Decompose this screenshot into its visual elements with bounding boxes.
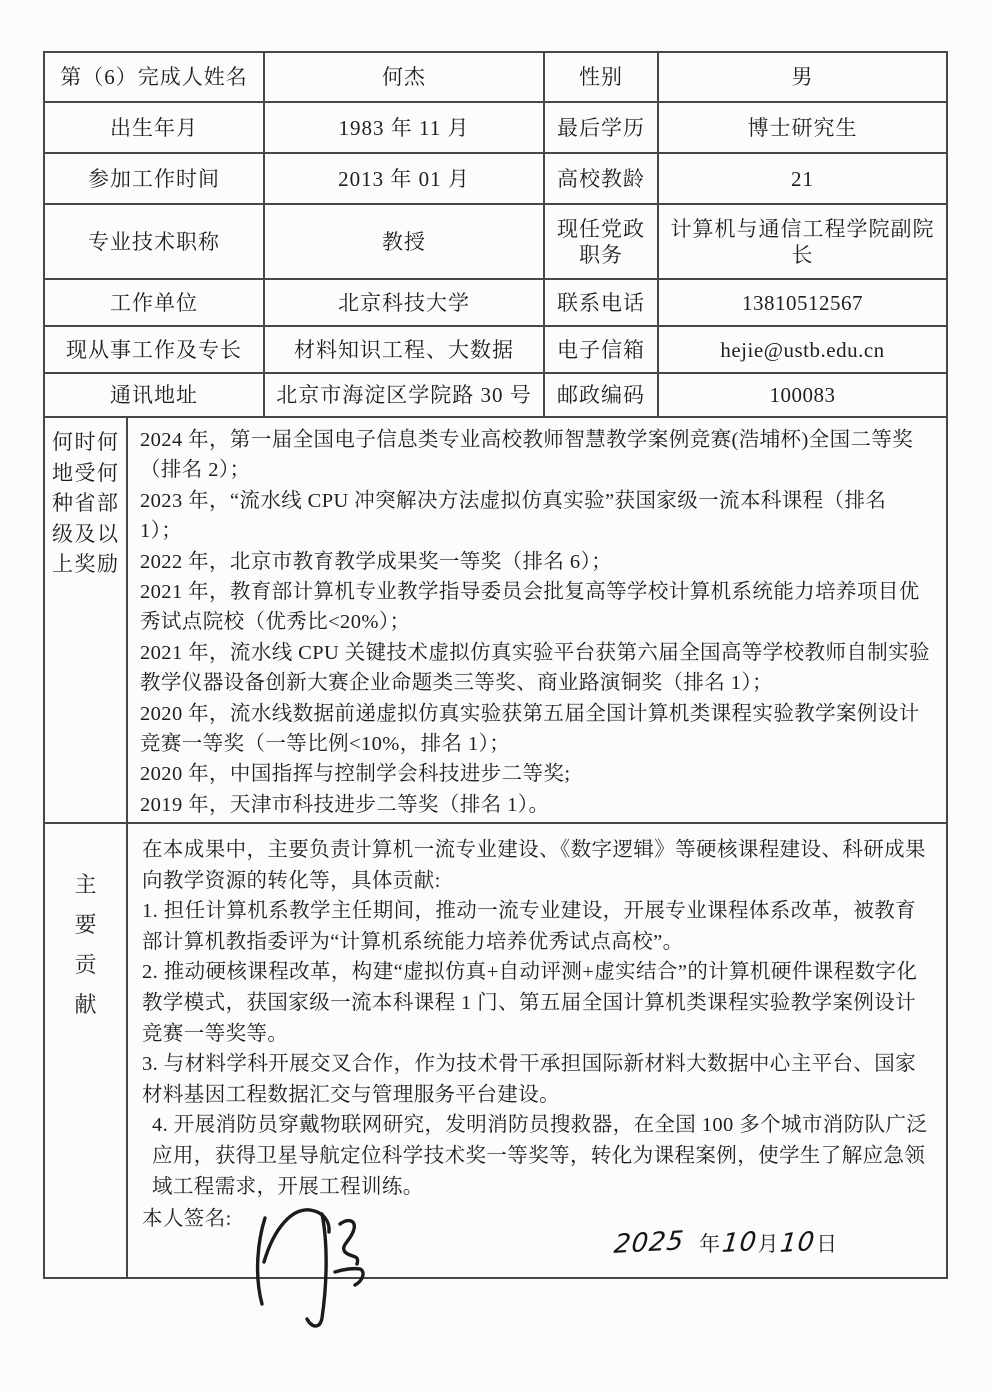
date-year-unit: 年 [699, 1229, 720, 1260]
award-item: 2024 年，第一届全国电子信息类专业高校教师智慧教学案例竞赛(浩埔杯)全国二等… [140, 425, 932, 486]
label-current-position: 现任党政职务 [545, 205, 659, 280]
scanned-form-page: 第（6）完成人姓名 何杰 性别 男 出生年月 1983 年 11 月 最后学历 … [0, 0, 992, 1392]
label-work-start: 参加工作时间 [45, 154, 265, 205]
contrib-label-char: 贡 [74, 948, 96, 979]
signature-area: 本人签名: 2025 年 10 月 [142, 1204, 932, 1290]
award-item: 2020 年，中国指挥与控制学会科技进步二等奖; [140, 759, 932, 789]
label-email: 电子信箱 [545, 327, 659, 374]
date-day-unit: 日 [816, 1229, 837, 1260]
contributions-section: 主 要 贡 献 在本成果中，主要负责计算机一流专业建设、《数字逻辑》等硬核课程建… [45, 824, 946, 1277]
value-current-work: 材料知识工程、大数据 [265, 327, 545, 374]
contributions-section-label: 主 要 贡 献 [45, 824, 128, 1277]
date-year-handwritten: 2025 [612, 1226, 685, 1260]
label-phone: 联系电话 [545, 280, 659, 327]
value-birth-date: 1983 年 11 月 [265, 103, 545, 154]
date-day-handwritten: 10 [778, 1227, 816, 1260]
label-final-degree: 最后学历 [545, 103, 659, 154]
value-work-unit: 北京科技大学 [265, 280, 545, 327]
value-final-degree: 博士研究生 [659, 103, 946, 154]
signature-handwriting [234, 1192, 384, 1342]
awards-label-line: 种省部 [52, 488, 119, 519]
signature-label: 本人签名: [142, 1204, 232, 1235]
value-current-position: 计算机与通信工程学院副院长 [659, 205, 946, 280]
date-month-handwritten: 10 [720, 1227, 758, 1260]
value-email: hejie@ustb.edu.cn [659, 327, 946, 374]
value-completer-name: 何杰 [265, 53, 545, 103]
value-phone: 13810512567 [659, 280, 946, 327]
awards-section: 何时何 地受何 种省部 级及以 上奖励 2024 年，第一届全国电子信息类专业高… [45, 418, 946, 824]
value-professional-title: 教授 [265, 205, 545, 280]
awards-label-line: 何时何 [52, 427, 119, 458]
contrib-intro: 在本成果中，主要负责计算机一流专业建设、《数字逻辑》等硬核课程建设、科研成果向教… [142, 835, 932, 896]
contrib-item: 2. 推动硬核课程改革，构建“虚拟仿真+自动评测+虚实结合”的计算机硬件课程数字… [142, 957, 932, 1049]
award-item: 2021 年，教育部计算机专业教学指导委员会批复高等学校计算机系统能力培养项目优… [140, 577, 932, 638]
info-grid: 第（6）完成人姓名 何杰 性别 男 出生年月 1983 年 11 月 最后学历 … [45, 53, 946, 418]
awards-label-line: 上奖励 [52, 549, 119, 580]
award-item: 2021 年，流水线 CPU 关键技术虚拟仿真实验平台获第六届全国高等学校教师自… [140, 638, 932, 699]
label-mail-address: 通讯地址 [45, 374, 265, 418]
contrib-label-char: 要 [74, 908, 96, 939]
awards-label-line: 级及以 [52, 519, 119, 550]
awards-list: 2024 年，第一届全国电子信息类专业高校教师智慧教学案例竞赛(浩埔杯)全国二等… [128, 418, 946, 822]
value-gender: 男 [659, 53, 946, 103]
label-completer-name: 第（6）完成人姓名 [45, 53, 265, 103]
label-work-unit: 工作单位 [45, 280, 265, 327]
value-mail-address: 北京市海淀区学院路 30 号 [265, 374, 545, 418]
awards-section-label: 何时何 地受何 种省部 级及以 上奖励 [45, 418, 128, 822]
contrib-item: 3. 与材料学科开展交叉合作，作为技术骨干承担国际新材料大数据中心主平台、国家材… [142, 1049, 932, 1110]
contrib-item: 4. 开展消防员穿戴物联网研究，发明消防员搜救器，在全国 100 多个城市消防队… [142, 1110, 932, 1202]
date-line: 2025 年 10 月 10 日 [614, 1228, 839, 1260]
label-professional-title: 专业技术职称 [45, 205, 265, 280]
awards-label-line: 地受何 [52, 458, 119, 489]
label-current-work: 现从事工作及专长 [45, 327, 265, 374]
award-item: 2022 年，北京市教育教学成果奖一等奖（排名 6）； [140, 547, 932, 577]
contributions-content: 在本成果中，主要负责计算机一流专业建设、《数字逻辑》等硬核课程建设、科研成果向教… [128, 824, 946, 1277]
award-item: 2019 年，天津市科技进步二等奖（排名 1）。 [140, 790, 932, 820]
label-postal-code: 邮政编码 [545, 374, 659, 418]
award-item: 2020 年，流水线数据前递虚拟仿真实验获第五届全国计算机类课程实验教学案例设计… [140, 699, 932, 760]
contrib-item: 1. 担任计算机系教学主任期间，推动一流专业建设，开展专业课程体系改革，被教育部… [142, 896, 932, 957]
value-teaching-years: 21 [659, 154, 946, 205]
award-item: 2023 年，“流水线 CPU 冲突解决方法虚拟仿真实验”获国家级一流本科课程（… [140, 486, 932, 547]
label-gender: 性别 [545, 53, 659, 103]
date-month-unit: 月 [758, 1229, 779, 1260]
label-teaching-years: 高校教龄 [545, 154, 659, 205]
value-work-start: 2013 年 01 月 [265, 154, 545, 205]
value-postal-code: 100083 [659, 374, 946, 418]
contrib-label-char: 献 [74, 988, 96, 1019]
personnel-form-table: 第（6）完成人姓名 何杰 性别 男 出生年月 1983 年 11 月 最后学历 … [43, 51, 948, 1279]
contrib-label-char: 主 [74, 868, 96, 899]
label-birth-date: 出生年月 [45, 103, 265, 154]
